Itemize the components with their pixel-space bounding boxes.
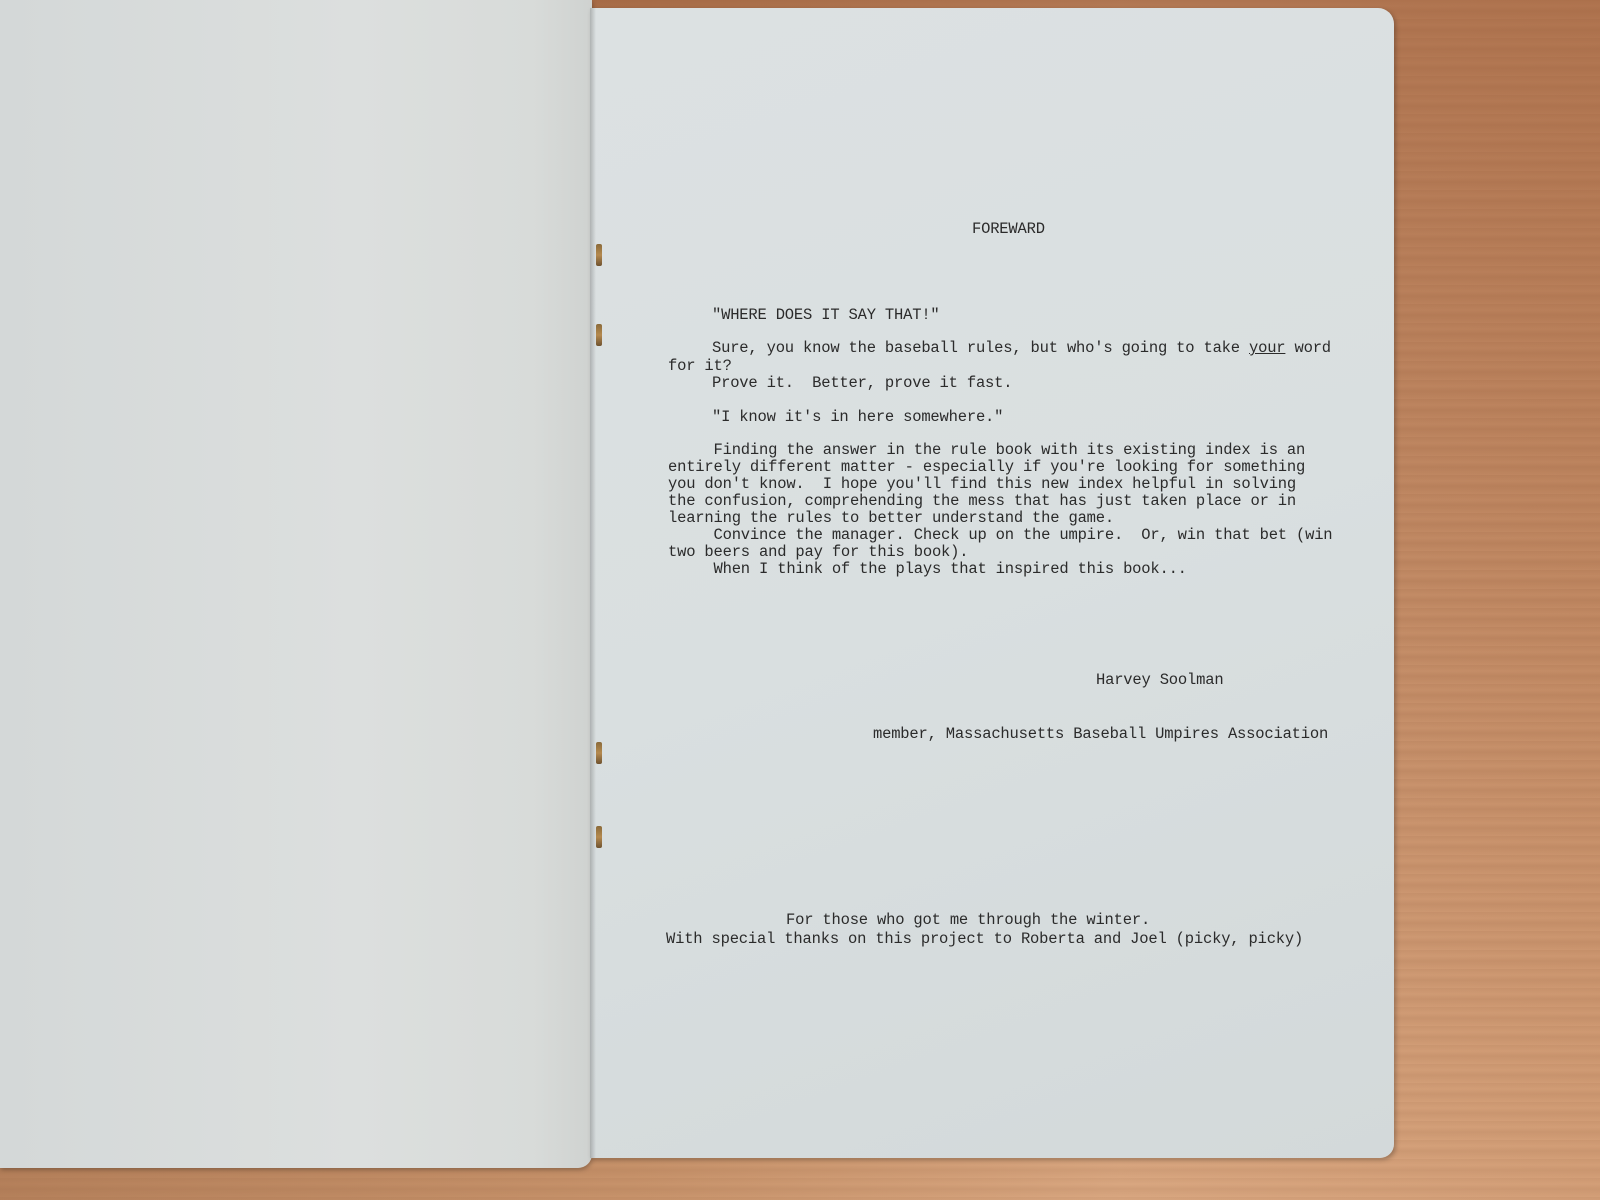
- paragraph-1-text: Sure, you know the baseball rules, but w…: [712, 339, 1249, 357]
- quote-line: "I know it's in here somewhere.": [712, 409, 1003, 426]
- left-blank-page: [0, 0, 592, 1168]
- paragraph-2-line: When I think of the plays that inspired …: [668, 561, 1187, 578]
- paragraph-2-line: two beers and pay for this book).: [668, 544, 968, 561]
- paragraph-2-line: entirely different matter - especially i…: [668, 459, 1305, 476]
- paragraph-2-line: the confusion, comprehending the mess th…: [668, 493, 1296, 510]
- paragraph-1-text-end: word: [1285, 339, 1331, 357]
- staple-icon: [596, 742, 602, 764]
- paragraph-1-line-3: Prove it. Better, prove it fast.: [712, 375, 1012, 392]
- paragraph-1-line-2: for it?: [668, 358, 732, 375]
- staple-icon: [596, 324, 602, 346]
- foreword-heading: "WHERE DOES IT SAY THAT!": [712, 307, 940, 324]
- book-spine-fold: [590, 8, 596, 1158]
- paragraph-2-line: Convince the manager. Check up on the um…: [668, 527, 1332, 544]
- paragraph-2-line: learning the rules to better understand …: [668, 510, 1114, 527]
- author-affiliation: member, Massachusetts Baseball Umpires A…: [873, 726, 1328, 743]
- dedication-line-2: With special thanks on this project to R…: [666, 931, 1303, 948]
- right-foreword-page: [590, 8, 1394, 1158]
- emphasized-word: your: [1249, 339, 1285, 357]
- paragraph-2-line: you don't know. I hope you'll find this …: [668, 476, 1296, 493]
- staple-icon: [596, 826, 602, 848]
- dedication-line-1: For those who got me through the winter.: [786, 912, 1150, 929]
- author-name: Harvey Soolman: [1096, 672, 1223, 689]
- paragraph-1-line-1: Sure, you know the baseball rules, but w…: [712, 340, 1331, 357]
- staple-icon: [596, 244, 602, 266]
- page-title: FOREWARD: [972, 221, 1045, 238]
- paragraph-2-line: Finding the answer in the rule book with…: [668, 442, 1305, 459]
